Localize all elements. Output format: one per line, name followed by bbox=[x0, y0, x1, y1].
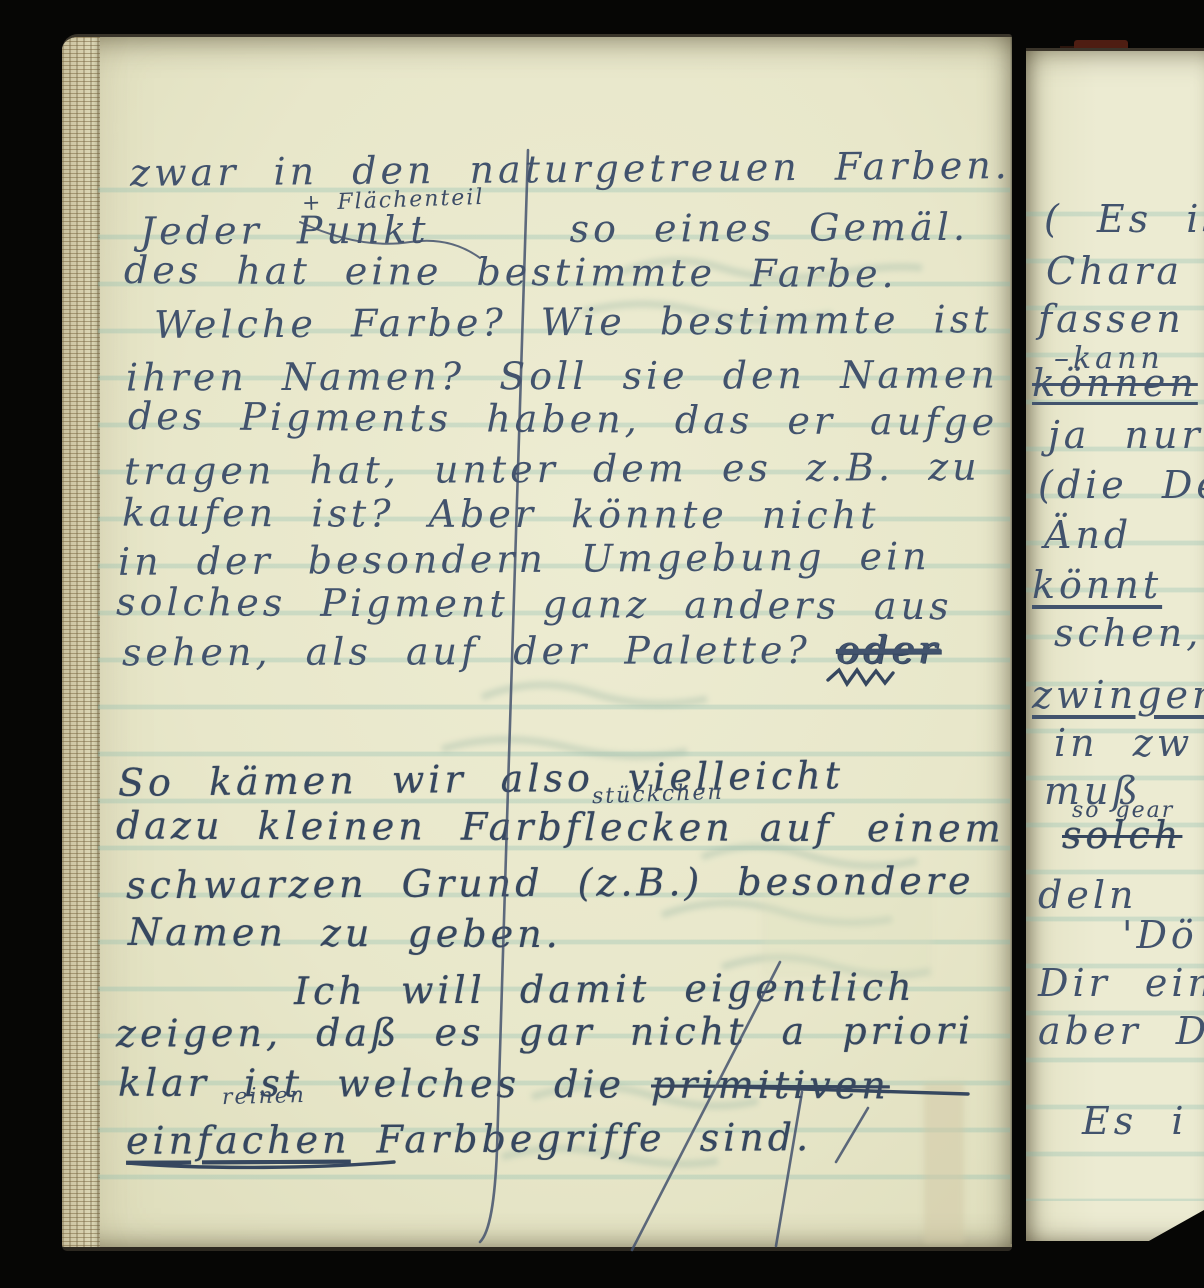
underlined-word: könnt bbox=[1032, 563, 1162, 607]
handwritten-fragment: Chara bbox=[1046, 249, 1183, 293]
insertion-annotation: reinen bbox=[222, 1084, 307, 1110]
handwritten-line: zwar in den naturgetreuen Farben. bbox=[130, 143, 1011, 195]
handwritten-line: Welche Farbe? Wie bestimmte ist bbox=[154, 297, 993, 347]
handwritten-line: Namen zu geben. bbox=[128, 910, 562, 956]
underlined-word: zwinger bbox=[1032, 673, 1204, 717]
notebook-right-page: ( Es ist Chara fassen –kann können ja nu… bbox=[1026, 48, 1204, 1241]
handwritten-line: solches Pigment ganz anders aus bbox=[116, 580, 953, 628]
handwritten-line: So kämen wir also vielleicht bbox=[118, 753, 844, 805]
insertion-annotation: stückchen bbox=[592, 781, 724, 810]
handwritten-line: sehen, als auf der Palette?oder bbox=[122, 628, 941, 675]
handwritten-fragment: zwinger bbox=[1032, 673, 1204, 717]
handwritten-fragment: in zw bbox=[1054, 721, 1193, 765]
handwritten-fragment: Änd bbox=[1044, 513, 1132, 557]
handwritten-fragment: könnt bbox=[1032, 563, 1162, 607]
handwritten-line: zeigen, daß es gar nicht a priori bbox=[116, 1009, 974, 1056]
manuscript-photo: zwar in den naturgetreuen Farben. Jeder … bbox=[0, 0, 1204, 1288]
handwritten-fragment: solch bbox=[1062, 813, 1182, 857]
underlined-word: einfachen bbox=[126, 1118, 351, 1163]
strikethrough-word: oder bbox=[837, 628, 941, 672]
handwritten-line: dazu kleinen Farbfleckenauf einem bbox=[116, 803, 1005, 850]
handwritten-fragment: Es i bbox=[1082, 1099, 1187, 1143]
handwritten-line: in der besondern Umgebung ein bbox=[118, 534, 931, 584]
handwritten-fragment: aber D bbox=[1038, 1009, 1204, 1053]
strikethrough-word: können bbox=[1032, 361, 1198, 405]
handwritten-line: ihren Namen? Soll sie den Namen bbox=[126, 352, 999, 399]
handwritten-line: Ich will damit eigentlich bbox=[294, 965, 916, 1013]
handwritten-line: schwarzen Grund (z.B.) besondere bbox=[126, 859, 975, 907]
page-gutter bbox=[1010, 30, 1028, 1244]
handwritten-fragment: fassen bbox=[1038, 297, 1185, 341]
handwritten-fragment: ( Es ist bbox=[1044, 197, 1204, 241]
handwritten-fragment: (die Dec bbox=[1038, 463, 1204, 507]
handwritten-line: des Pigments haben, das er aufge bbox=[128, 394, 998, 444]
handwritten-fragment: Dir ein bbox=[1038, 961, 1204, 1005]
handwritten-line: tragen hat, unter dem es z.B. zu bbox=[124, 445, 981, 493]
handwritten-fragment: können bbox=[1032, 361, 1198, 405]
handwritten-line: einfachenFarbbegriffe sind. bbox=[126, 1115, 812, 1163]
handwritten-fragment: deln bbox=[1038, 873, 1137, 917]
page-edge-stack bbox=[62, 37, 100, 1247]
notebook-left-page: zwar in den naturgetreuen Farben. Jeder … bbox=[62, 34, 1012, 1251]
strikethrough-word: primitiven bbox=[651, 1063, 890, 1108]
handwritten-fragment: 'Dö bbox=[1122, 913, 1198, 957]
handwritten-line: des hat eine bestimmte Farbe. bbox=[124, 248, 898, 296]
handwritten-fragment: schen, bbox=[1054, 611, 1202, 655]
handwritten-fragment: ja nur bbox=[1048, 413, 1204, 457]
handwritten-line: kaufen ist? Aber könnte nicht bbox=[122, 491, 880, 538]
handwritten-line: Jeder Punktso eines Gemäl. bbox=[140, 205, 969, 253]
